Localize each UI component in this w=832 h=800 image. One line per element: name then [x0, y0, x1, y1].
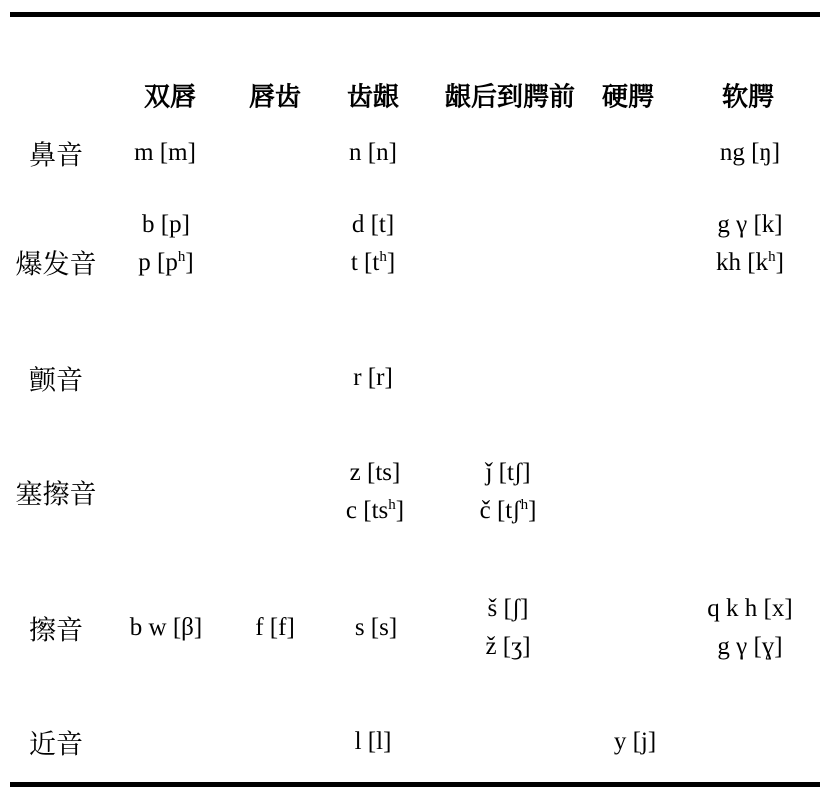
- cell-fricative-bilabial: b w [β]: [130, 609, 202, 647]
- bracket-close: ]: [185, 249, 193, 276]
- phoneme-g: g γ [k]: [716, 206, 784, 244]
- cell-plosive-alveolar: d [t] t [th]: [351, 206, 395, 282]
- phoneme-j-caron: ǰ [tʃ]: [480, 454, 537, 492]
- row-label-approximant: 近音: [29, 723, 83, 762]
- column-header-postalveolar: 龈后到腭前: [445, 77, 575, 114]
- row-label-plosive: 爆发音: [16, 243, 97, 282]
- aspiration-mark: h: [379, 249, 387, 265]
- phoneme-c-caron: č [tʃh]: [480, 492, 537, 530]
- row-label-fricative: 擦音: [29, 609, 83, 648]
- bracket-close: ]: [387, 249, 395, 276]
- column-header-velar: 软腭: [722, 77, 774, 114]
- aspiration-mark: h: [388, 497, 396, 513]
- cell-fricative-labiodental: f [f]: [255, 609, 295, 647]
- phoneme-b: b [p]: [138, 206, 193, 244]
- column-header-alveolar: 齿龈: [347, 77, 399, 114]
- bracket-close: ]: [528, 497, 536, 524]
- cell-approximant-palatal: y [j]: [614, 723, 656, 761]
- phoneme-kh-text: kh [k: [716, 249, 768, 276]
- phoneme-c-caron-text: č [tʃ: [480, 497, 521, 524]
- phoneme-t: t [th]: [351, 244, 395, 282]
- cell-nasal-alveolar: n [n]: [349, 134, 397, 172]
- bottom-rule: [10, 782, 820, 787]
- phoneme-c: c [tsh]: [346, 492, 404, 530]
- phoneme-kh: kh [kh]: [716, 244, 784, 282]
- row-label-nasal: 鼻音: [29, 134, 83, 173]
- aspiration-mark: h: [768, 249, 776, 265]
- phoneme-p-text: p [p: [138, 249, 178, 276]
- row-label-trill: 颤音: [29, 359, 83, 398]
- row-label-affricate: 塞擦音: [16, 473, 97, 512]
- column-header-palatal: 硬腭: [602, 77, 654, 114]
- aspiration-mark: h: [178, 249, 186, 265]
- phoneme-c-text: c [ts: [346, 497, 388, 524]
- bracket-close: ]: [396, 497, 404, 524]
- cell-approximant-alveolar: l [l]: [355, 723, 392, 761]
- top-rule: [10, 12, 820, 17]
- phoneme-g-gamma: g γ [ɣ]: [707, 628, 792, 666]
- cell-fricative-postalveolar: š [ʃ] ž [ʒ]: [485, 590, 530, 666]
- cell-plosive-velar: g γ [k] kh [kh]: [716, 206, 784, 282]
- column-header-bilabial: 双唇: [144, 77, 196, 114]
- bracket-close: ]: [776, 249, 784, 276]
- cell-fricative-velar: q k h [x] g γ [ɣ]: [707, 590, 792, 666]
- cell-nasal-bilabial: m [m]: [134, 134, 196, 172]
- cell-trill-alveolar: r [r]: [353, 359, 393, 397]
- cell-fricative-alveolar: s [s]: [355, 609, 397, 647]
- cell-plosive-bilabial: b [p] p [ph]: [138, 206, 193, 282]
- cell-affricate-alveolar: z [ts] c [tsh]: [346, 454, 404, 530]
- phoneme-s-caron: š [ʃ]: [485, 590, 530, 628]
- phoneme-z-caron: ž [ʒ]: [485, 628, 530, 666]
- phoneme-qkh: q k h [x]: [707, 590, 792, 628]
- cell-affricate-postalveolar: ǰ [tʃ] č [tʃh]: [480, 454, 537, 530]
- cell-nasal-velar: ng [ŋ]: [720, 134, 780, 172]
- phoneme-p: p [ph]: [138, 244, 193, 282]
- phoneme-d: d [t]: [351, 206, 395, 244]
- column-header-labiodental: 唇齿: [249, 77, 301, 114]
- phoneme-t-text: t [t: [351, 249, 379, 276]
- phoneme-z: z [ts]: [346, 454, 404, 492]
